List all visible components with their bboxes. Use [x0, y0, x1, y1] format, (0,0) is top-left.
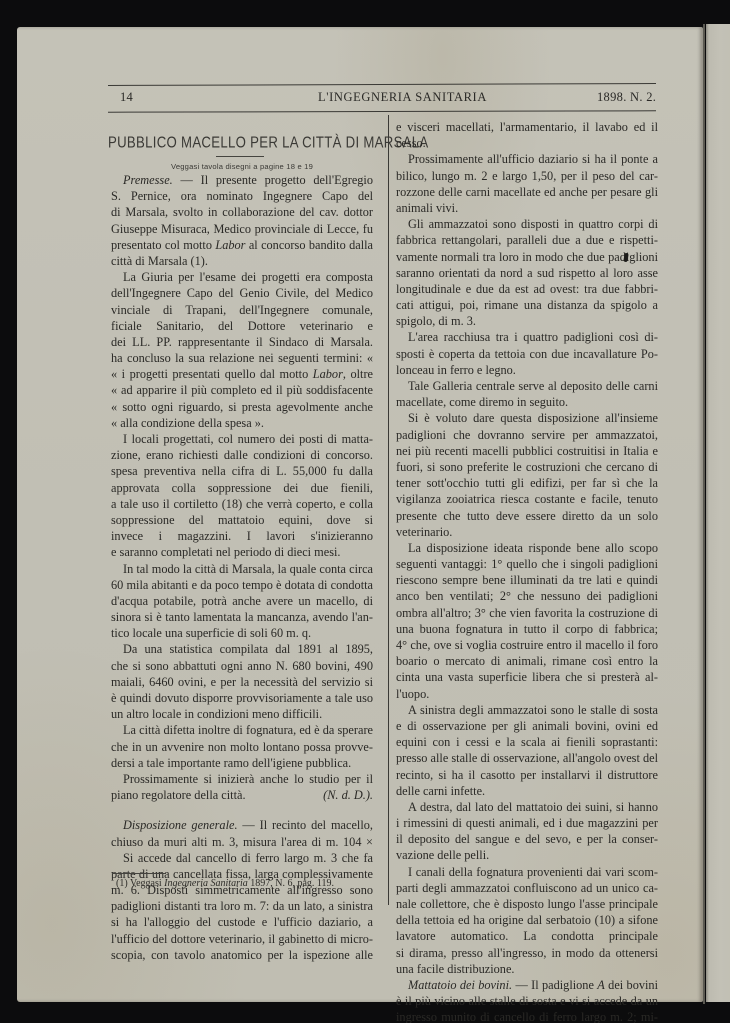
line-text: nale collettore, che è disposto lungo l'… — [396, 897, 658, 911]
line-text: dell'Ingegnere Capo del Genio Civile, de… — [111, 286, 373, 301]
text-line: boario o mercato di animali, rimane così… — [396, 653, 658, 669]
footnote-suffix: 1897, N. 6, pag. 119. — [248, 878, 334, 889]
text-line: lonceau in ferro e legno. — [396, 362, 658, 378]
text-line: ombra all'altro; 3° che vien favorita la… — [396, 605, 658, 621]
line-text: fuori, si sono preferite le costruzioni … — [396, 460, 658, 474]
line-text: il deposito del sangue e del sevo, e per… — [396, 832, 658, 846]
text-line: 4° che, ove si voglia costruire entro il… — [396, 637, 658, 653]
line-text: l'ufficio del dottore veterinario, il ga… — [111, 932, 373, 946]
line-text: I locali progettati, col numero dei post… — [123, 432, 373, 446]
footnote-rule — [112, 873, 166, 874]
line-text: longitudinale e due da est ad ovest: tra… — [396, 282, 658, 296]
text-line: cinta una vasta superficie libera che si… — [396, 669, 658, 685]
text-line: ha concluso la sua relazione nei seguent… — [111, 350, 373, 366]
line-text: — Il recinto del macello, — [238, 818, 373, 832]
text-line: vinciale di Trapani, dell'Ingegnere comu… — [111, 302, 373, 318]
line-text: delle carni infette. — [396, 784, 485, 798]
line-text: veterinario. — [396, 525, 452, 539]
adjacent-page-edge — [706, 24, 730, 1002]
text-line: macellate, come diremo in seguito. — [396, 394, 658, 410]
line-text: vamente normali tra loro in modo che due… — [396, 250, 658, 264]
line-text: La disposizione ideata risponde bene all… — [408, 541, 658, 556]
line-text: che in un avvenire non molto lontano pos… — [111, 740, 373, 754]
line-text: riescono sempre bene illuminati da tre l… — [396, 573, 658, 587]
line-text: A sinistra degli ammazzatoi sono le stal… — [408, 703, 658, 717]
footnote-journal: Ingegneria Sanitaria — [164, 878, 248, 889]
line-text: zione, erano richiesti dalle condizioni … — [111, 448, 373, 463]
text-line: cesso. — [396, 135, 658, 151]
line-text: fabbrica rettangolari, paralleli due a d… — [396, 233, 658, 247]
text-line: S. Pernice, ora nominato Ingegnere Capo … — [111, 188, 373, 204]
line-text: d'acqua potabile, potrà anche avere un m… — [111, 594, 373, 609]
line-text: e saranno completati nel periodo di diec… — [111, 545, 340, 559]
text-line: I canali della fognatura provenienti dai… — [396, 864, 658, 880]
line-text: tico locale una superficie di soli 60 m.… — [111, 626, 311, 640]
text-line: veterinario. — [396, 524, 658, 540]
page-number: 14 — [120, 90, 133, 105]
line-text: è il più vicino alle stalle di sosta e v… — [396, 994, 658, 1008]
line-text: boario o mercato di animali, rimane così… — [396, 654, 658, 668]
text-line: dell'Ingegnere Capo del Genio Civile, de… — [111, 285, 373, 301]
line-text: lavatore automatico. La condotta princip… — [396, 929, 658, 944]
line-text: che si sono abbattuti ogni anno N. 680 b… — [111, 659, 373, 673]
line-text: Si è voluto dare questa disposizione all… — [408, 411, 658, 426]
line-text: Si accede dal cancello di ferro largo m.… — [123, 851, 373, 865]
line-text: i rimessini di questi animali, ed i due … — [396, 816, 658, 830]
text-line: ingresso munito di cancello di ferro lar… — [396, 1009, 658, 1023]
page-gutter — [703, 24, 705, 1004]
line-text: di Marsala, svolto in collaborazione del… — [111, 205, 373, 219]
text-line: soppressione del mattatoio equini, dove … — [111, 512, 373, 528]
line-text: si dirama, presso all'ingresso, in modo … — [396, 946, 658, 960]
line-text: L'area racchiusa tra i quattro padiglion… — [408, 330, 658, 344]
line-text: presso alle stalle di osservazione, all'… — [396, 751, 658, 765]
line-text: parti degli ammazzatoi confluiscono ad u… — [396, 881, 658, 895]
text-line: e saranno completati nel periodo di diec… — [111, 544, 373, 560]
text-line: I locali progettati, col numero dei post… — [111, 431, 373, 447]
line-text: padiglioni distanti tra loro m. 7: da un… — [111, 899, 373, 913]
text-line: presente che tutto deve essere diretto d… — [396, 508, 658, 524]
italic-term: Labor — [215, 238, 245, 252]
line-text: e di osservazione per gli animali bovini… — [396, 719, 658, 733]
line-text: maiali, 6460 ovini, e per la necessità d… — [111, 675, 373, 689]
line-text: anco ben ventilati; 2° che nessuno dei p… — [396, 589, 658, 604]
text-line: è il più vicino alle stalle di sosta e v… — [396, 993, 658, 1009]
issue-number: 1898. N. 2. — [597, 90, 656, 105]
line-text: sinora si è tanto lamentata la mancanza,… — [111, 610, 373, 624]
line-text: 4° che, ove si voglia costruire entro il… — [396, 638, 658, 652]
text-line: maiali, 6460 ovini, e per la necessità d… — [111, 674, 373, 690]
text-line: La Giuria per l'esame dei progetti era c… — [111, 269, 373, 285]
line-text: Prossimamente all'ufficio daziario si ha… — [408, 152, 658, 166]
text-line: La città difetta inoltre di fognatura, e… — [111, 722, 373, 738]
text-line: L'area racchiusa tra i quattro padiglion… — [396, 329, 658, 345]
text-line: scopia, con tavolo anatomico per la ispe… — [111, 947, 373, 963]
line-text: In tal modo la città di Marsala, la qual… — [123, 562, 373, 576]
line-text: S. Pernice, ora nominato Ingegnere Capo … — [111, 189, 373, 204]
text-line: Mattatoio dei bovini. — Il padiglione A … — [396, 977, 658, 993]
line-text: Tale Galleria centrale serve al deposito… — [408, 379, 658, 393]
italic-term: Labor — [313, 367, 343, 381]
column-separator — [388, 115, 389, 905]
line-text: « i progetti presentati quello dal motto — [111, 367, 313, 381]
text-line: nale collettore, che è disposto lungo l'… — [396, 896, 658, 912]
line-text: I canali della fognatura provenienti dai… — [408, 865, 658, 879]
text-line: d'acqua potabile, potrà anche avere un m… — [111, 593, 373, 609]
text-line: e visceri macellati, l'armamentario, il … — [396, 119, 658, 135]
text-line: A sinistra degli ammazzatoi sono le stal… — [396, 702, 658, 718]
line-text: Prossimamente si inizierà anche lo studi… — [123, 772, 373, 786]
text-line: una facile distribuzione. — [396, 961, 658, 977]
text-line: città di Marsala (1). — [111, 253, 373, 269]
line-text: equini con i cessi e la scala ai fienili… — [396, 735, 658, 749]
text-line: zione, erano richiesti dalle condizioni … — [111, 447, 373, 463]
text-line: fabbrica rettangolari, paralleli due a d… — [396, 232, 658, 248]
line-text: « sotto ogni riguardo, si presta agevolm… — [111, 400, 373, 414]
text-line: della tettoia ed ha origine dal serbatoi… — [396, 912, 658, 928]
text-line: Tale Galleria centrale serve al deposito… — [396, 378, 658, 394]
text-line: delle carni infette. — [396, 783, 658, 799]
line-text: padiglioni che dovranno servire per amma… — [396, 428, 658, 443]
text-line: tico locale una superficie di soli 60 m.… — [111, 625, 373, 641]
text-line: « sotto ogni riguardo, si presta agevolm… — [111, 399, 373, 415]
line-text: La Giuria per l'esame dei progetti era c… — [123, 270, 373, 284]
text-line: nei più recenti macelli pubblici costrui… — [396, 443, 658, 459]
text-line: i rimessini di questi animali, ed i due … — [396, 815, 658, 831]
text-line: piano regolatore della città.(N. d. D.). — [111, 787, 373, 803]
text-line: vazione delle pelli. — [396, 847, 658, 863]
line-text: una buona fognatura in tutto il corpo di… — [396, 622, 658, 636]
line-text: spesa preventiva nella cifra di L. 55,00… — [111, 464, 373, 479]
line-text: seguenti vantaggi: 1° quello che i singo… — [396, 557, 658, 571]
section-heading: Mattatoio dei bovini. — [408, 978, 512, 992]
text-line: longitudinale e due da est ad ovest: tra… — [396, 281, 658, 297]
article-subtitle: Veggasi tavola disegni a pagine 18 e 19 — [108, 162, 376, 171]
text-line: spigolo, di m. 3. — [396, 313, 658, 329]
line-text: invece i magazzini. I lavori s'inizieran… — [111, 529, 373, 544]
text-line: invece i magazzini. I lavori s'inizieran… — [111, 528, 373, 544]
line-text: sposti è coperta da tettoia con due inca… — [396, 347, 658, 361]
text-line: parti degli ammazzatoi confluiscono ad u… — [396, 880, 658, 896]
line-text: vigilanza zooiatrica riesca costante e f… — [396, 492, 658, 506]
line-text: rozzone delle carni macellate ed anche p… — [396, 185, 658, 199]
text-line: si ha l'alloggio del custode e l'ufficio… — [111, 914, 373, 930]
text-line: In tal modo la città di Marsala, la qual… — [111, 561, 373, 577]
text-line: chiuso da muri alti m. 3, misura l'area … — [111, 834, 373, 850]
text-line: l'ufficio del dottore veterinario, il ga… — [111, 931, 373, 947]
line-text: ha concluso la sua relazione nei seguent… — [111, 351, 373, 366]
line-text: dersi a tale importante ramo dell'igiene… — [111, 756, 351, 770]
line-text: — Il presente progetto dell'Egregio — [173, 173, 373, 187]
line-text: cinta una vasta superficie libera che si… — [396, 670, 658, 684]
section-heading: Disposizione generale. — [123, 818, 238, 832]
line-text: si ha l'alloggio del custode e l'ufficio… — [111, 915, 373, 930]
text-line: dei LL. PP. rappresentante il Sindaco di… — [111, 334, 373, 350]
line-text: Da una statistica compilata dal 1891 al … — [123, 642, 373, 657]
line-text: 60 mila abitanti e da poco tempo è dotat… — [111, 578, 373, 592]
text-line: approvata colla soppressione dei due fie… — [111, 480, 373, 496]
line-text: recinto, si ha il casotto per installarv… — [396, 768, 658, 782]
line-text: una facile distribuzione. — [396, 962, 514, 976]
line-text: « alla condizione della spesa ». — [111, 416, 264, 430]
line-text: ingresso munito di cancello di ferro lar… — [396, 1010, 658, 1023]
line-text: e visceri macellati, l'armamentario, il … — [396, 120, 658, 134]
line-text: Giuseppe Misuraca, Medico provinciale di… — [111, 222, 373, 236]
text-line: Si è voluto dare questa disposizione all… — [396, 410, 658, 426]
text-line: « ad apparire il più completo ed il più … — [111, 382, 373, 398]
line-text: cati attigui, poi, rimane una distanza d… — [396, 298, 658, 312]
text-line: Prossimamente all'ufficio daziario si ha… — [396, 151, 658, 167]
article-title: PUBBLICO MACELLO PER LA CITTÀ DI MARSALA — [108, 133, 376, 151]
line-text: presentato col motto — [111, 238, 215, 252]
text-line: presso alle stalle di osservazione, all'… — [396, 750, 658, 766]
editor-note: (N. d. D.). — [323, 787, 373, 803]
text-line: Si accede dal cancello di ferro largo m.… — [111, 850, 373, 866]
line-text: vazione delle pelli. — [396, 848, 489, 862]
text-line: vigilanza zooiatrica riesca costante e f… — [396, 491, 658, 507]
text-line: è quindi dovuto disporre provvisoriament… — [111, 690, 373, 706]
line-text: La città difetta inoltre di fognatura, e… — [123, 723, 373, 737]
line-text: a tale uso il cortiletto (18) che verrà … — [111, 497, 373, 511]
line-text: lonceau in ferro e legno. — [396, 363, 516, 377]
line-text: spigolo, di m. 3. — [396, 314, 476, 328]
journal-title: L'INGEGNERIA SANITARIA — [318, 90, 487, 105]
text-line: il deposito del sangue e del sevo, e per… — [396, 831, 658, 847]
text-line: « alla condizione della spesa ». — [111, 415, 373, 431]
line-text: ombra all'altro; 3° che vien favorita la… — [396, 606, 658, 620]
text-line: una buona fognatura in tutto il corpo di… — [396, 621, 658, 637]
footnote-prefix: (1) Veggasi — [116, 878, 164, 889]
footnote: (1) Veggasi Ingegneria Sanitaria 1897, N… — [116, 878, 334, 889]
line-text: un altro locale in condizioni meno diffi… — [111, 707, 322, 721]
text-line: La disposizione ideata risponde bene all… — [396, 540, 658, 556]
text-line: a tale uso il cortiletto (18) che verrà … — [111, 496, 373, 512]
text-line: animali vivi. — [396, 200, 658, 216]
text-line: Premesse. — Il presente progetto dell'Eg… — [111, 172, 373, 188]
text-line: dersi a tale importante ramo dell'igiene… — [111, 755, 373, 771]
line-text: è quindi dovuto disporre provvisoriament… — [111, 691, 373, 705]
line-text: saranno orientati da nord a sud rispetto… — [396, 266, 658, 280]
text-line: che in un avvenire non molto lontano pos… — [111, 739, 373, 755]
line-text: soppressione del mattatoio equini, dove … — [111, 513, 373, 528]
text-line: di Marsala, svolto in collaborazione del… — [111, 204, 373, 220]
text-line: sposti è coperta da tettoia con due inca… — [396, 346, 658, 362]
line-text: A destra, dal lato del mattatoio dei sui… — [408, 800, 658, 814]
section-heading: Premesse. — [123, 173, 173, 187]
text-line: anco ben ventilati; 2° che nessuno dei p… — [396, 588, 658, 604]
text-line: e di osservazione per gli animali bovini… — [396, 718, 658, 734]
text-line: Da una statistica compilata dal 1891 al … — [111, 641, 373, 657]
line-text: della tettoia ed ha origine dal serbatoi… — [396, 913, 658, 927]
text-line: sinora si è tanto lamentata la mancanza,… — [111, 609, 373, 625]
line-text: al concorso bandito dalla — [245, 238, 373, 252]
text-line: recinto, si ha il casotto per installarv… — [396, 767, 658, 783]
line-text: macellate, come diremo in seguito. — [396, 395, 568, 409]
line-text: approvata colla soppressione dei due fie… — [111, 481, 373, 496]
line-text: scopia, con tavolo anatomico per la ispe… — [111, 948, 373, 963]
line-text: Gli ammazzatoi sono disposti in quattro … — [408, 217, 658, 231]
line-text: dei LL. PP. rappresentante il Sindaco di… — [111, 335, 373, 350]
italic-term: A — [597, 978, 605, 992]
line-text: dei bovini — [605, 978, 658, 992]
line-text: tener sott'occhio tutti gli edifizi, per… — [396, 476, 658, 490]
text-line: si dirama, presso all'ingresso, in modo … — [396, 945, 658, 961]
text-line: spesa preventiva nella cifra di L. 55,00… — [111, 463, 373, 479]
text-line: ficiale Sanitario, del Dottore veterinar… — [111, 318, 373, 334]
line-text: piano regolatore della città. — [111, 787, 246, 803]
line-text: animali vivi. — [396, 201, 458, 215]
right-column: e visceri macellati, l'armamentario, il … — [396, 119, 658, 1023]
text-line: rozzone delle carni macellate ed anche p… — [396, 184, 658, 200]
line-text: — Il padiglione — [512, 978, 597, 992]
text-line: vamente normali tra loro in modo che due… — [396, 249, 658, 265]
text-line: Disposizione generale. — Il recinto del … — [111, 817, 373, 833]
text-line: fuori, si sono preferite le costruzioni … — [396, 459, 658, 475]
text-line: equini con i cessi e la scala ai fienili… — [396, 734, 658, 750]
line-text: l'uopo. — [396, 687, 429, 701]
line-text: ficiale Sanitario, del Dottore veterinar… — [111, 319, 373, 334]
text-line: 60 mila abitanti e da poco tempo è dotat… — [111, 577, 373, 593]
text-line: lavatore automatico. La condotta princip… — [396, 928, 658, 944]
line-text: nei più recenti macelli pubblici costrui… — [396, 444, 658, 458]
text-line: tener sott'occhio tutti gli edifizi, per… — [396, 475, 658, 491]
line-text: « ad apparire il più completo ed il più … — [111, 383, 373, 397]
left-column: Premesse. — Il presente progetto dell'Eg… — [111, 172, 373, 963]
text-line: presentato col motto Labor al concorso b… — [111, 237, 373, 253]
line-text: cesso. — [396, 136, 426, 150]
text-line: un altro locale in condizioni meno diffi… — [111, 706, 373, 722]
section-gap — [111, 803, 373, 817]
text-line: A destra, dal lato del mattatoio dei sui… — [396, 799, 658, 815]
text-line: « i progetti presentati quello dal motto… — [111, 366, 373, 382]
line-text: città di Marsala (1). — [111, 254, 208, 268]
text-line: padiglioni che dovranno servire per amma… — [396, 427, 658, 443]
text-line: cati attigui, poi, rimane una distanza d… — [396, 297, 658, 313]
text-line: Prossimamente si inizierà anche lo studi… — [111, 771, 373, 787]
text-line: Giuseppe Misuraca, Medico provinciale di… — [111, 221, 373, 237]
text-line: saranno orientati da nord a sud rispetto… — [396, 265, 658, 281]
text-line: seguenti vantaggi: 1° quello che i singo… — [396, 556, 658, 572]
text-line: bilico, lungo m. 2 e largo 1,50, per il … — [396, 168, 658, 184]
line-text: presente che tutto deve essere diretto d… — [396, 509, 658, 523]
text-line: Gli ammazzatoi sono disposti in quattro … — [396, 216, 658, 232]
text-line: padiglioni distanti tra loro m. 7: da un… — [111, 898, 373, 914]
text-line: riescono sempre bene illuminati da tre l… — [396, 572, 658, 588]
line-text: bilico, lungo m. 2 e largo 1,50, per il … — [396, 169, 658, 183]
line-text: chiuso da muri alti m. 3, misura l'area … — [111, 835, 373, 850]
line-text: , oltre — [343, 367, 373, 381]
text-line: l'uopo. — [396, 686, 658, 702]
text-line: che si sono abbattuti ogni anno N. 680 b… — [111, 658, 373, 674]
line-text: vinciale di Trapani, dell'Ingegnere comu… — [111, 303, 373, 318]
title-rule — [216, 156, 264, 157]
